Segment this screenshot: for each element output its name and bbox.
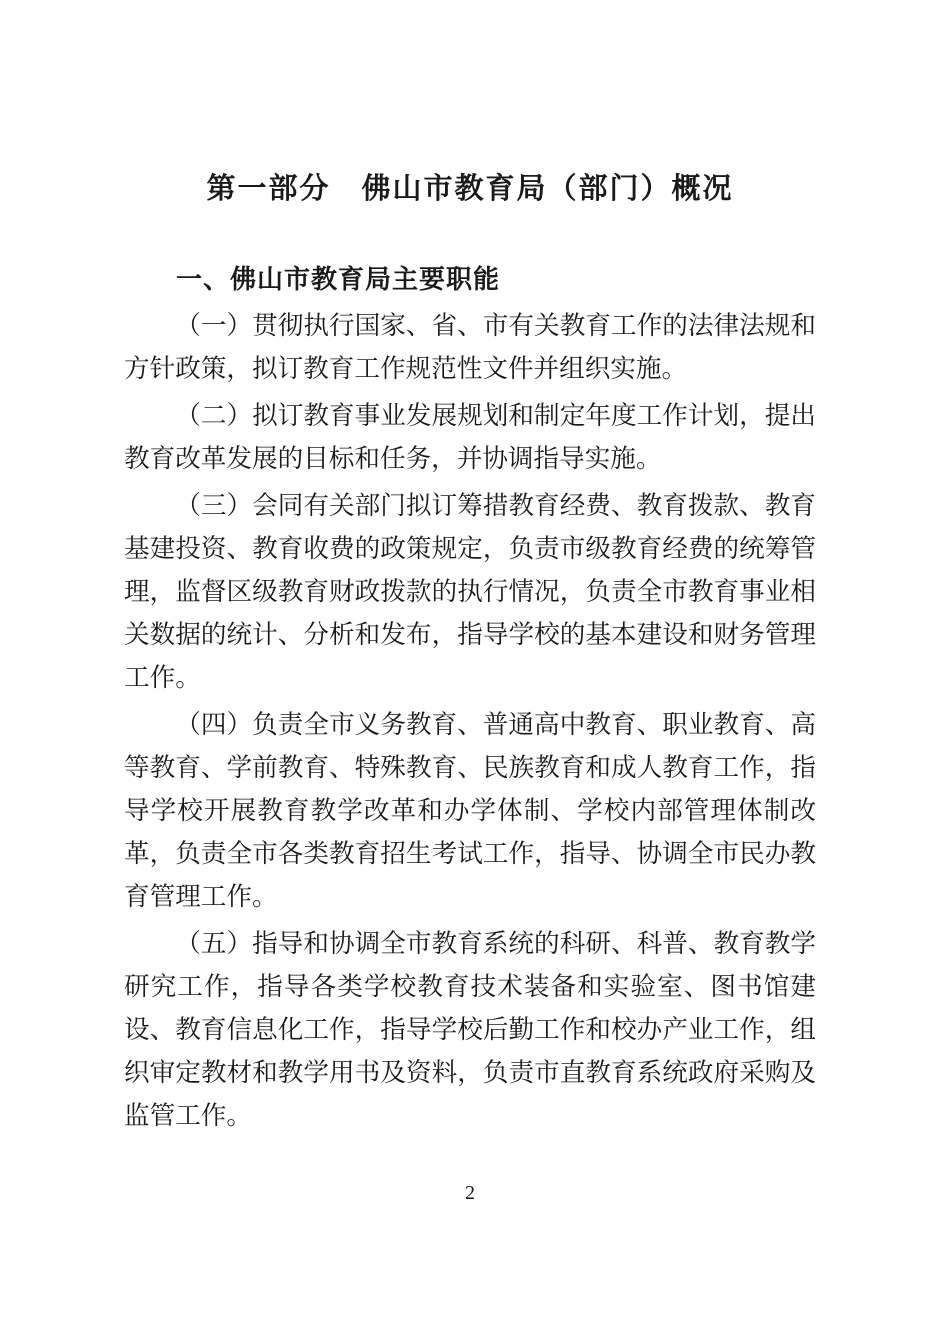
paragraph-3: （三）会同有关部门拟订筹措教育经费、教育拨款、教育基建投资、教育收费的政策规定，… [124,484,816,699]
document-title: 第一部分 佛山市教育局（部门）概况 [124,170,816,208]
document-content: 第一部分 佛山市教育局（部门）概况 一、佛山市教育局主要职能 （一）贯彻执行国家… [124,0,816,1137]
section-heading: 一、佛山市教育局主要职能 [124,264,816,296]
paragraph-4: （四）负责全市义务教育、普通高中教育、职业教育、高等教育、学前教育、特殊教育、民… [124,703,816,918]
paragraph-2: （二）拟订教育事业发展规划和制定年度工作计划，提出教育改革发展的目标和任务，并协… [124,394,816,480]
paragraph-1: （一）贯彻执行国家、省、市有关教育工作的法律法规和方针政策，拟订教育工作规范性文… [124,304,816,390]
document-page: 第一部分 佛山市教育局（部门）概况 一、佛山市教育局主要职能 （一）贯彻执行国家… [0,0,940,1330]
paragraph-5: （五）指导和协调全市教育系统的科研、科普、教育教学研究工作，指导各类学校教育技术… [124,922,816,1137]
page-number: 2 [0,1180,940,1206]
